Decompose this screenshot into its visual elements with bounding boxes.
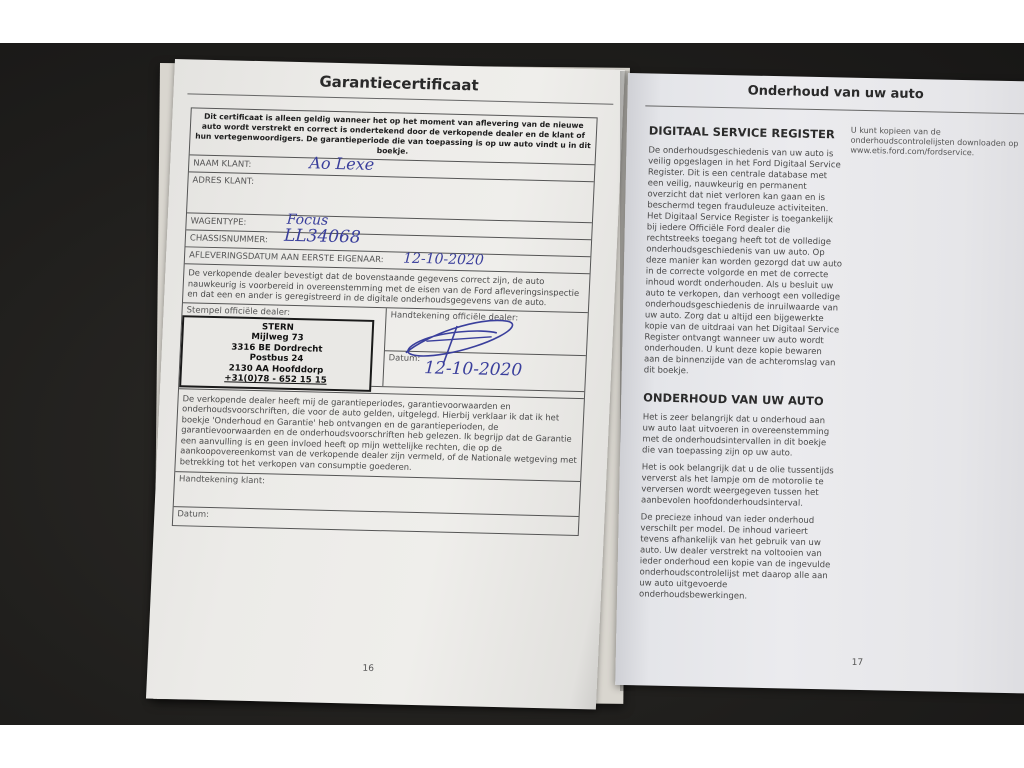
dealer-section: Stempel officiële dealer: STERN Mijlweg … — [179, 303, 587, 392]
page-left: Garantiecertificaat Dit certificaat is a… — [146, 59, 625, 709]
section-paragraph: Het is ook belangrijk dat u de olie tuss… — [641, 462, 838, 510]
main-column: DIGITAAL SERVICE REGISTER De onderhoudsg… — [639, 123, 845, 610]
field-label: Handtekening klant: — [179, 474, 266, 486]
section-heading: DIGITAAL SERVICE REGISTER — [649, 123, 845, 141]
field-label: ADRES KLANT: — [192, 175, 254, 186]
section-heading: ONDERHOUD VAN UW AUTO — [643, 390, 839, 408]
section-paragraph: Het is zeer belangrijk dat u onderhoud a… — [642, 412, 839, 460]
handwritten-value: 12-10-2020 — [403, 251, 484, 269]
field-label: NAAM KLANT: — [193, 158, 251, 169]
section-paragraph: De precieze inhoud van ieder onderhoud v… — [639, 512, 837, 604]
page-title: Garantiecertificaat — [174, 69, 625, 98]
field-label: CHASSISNUMMER: — [190, 233, 268, 245]
page-number: 17 — [852, 658, 864, 668]
handwritten-value: LL34068 — [284, 228, 361, 246]
field-label: Datum: — [177, 509, 209, 520]
warranty-form: Dit certificaat is alleen geldig wanneer… — [172, 107, 598, 535]
customer-declaration: De verkopende dealer heeft mij de garant… — [175, 388, 584, 482]
page-right: Onderhoud van uw auto DIGITAAL SERVICE R… — [615, 73, 1024, 694]
page-title: Onderhoud van uw auto — [747, 84, 923, 103]
page-number: 16 — [362, 664, 374, 674]
dealer-stamp: STERN Mijlweg 73 3316 BE Dordrecht Postb… — [179, 315, 374, 392]
field-label: AFLEVERINGSDATUM AAN EERSTE EIGENAAR: — [189, 250, 384, 265]
dealer-stamp-cell: Stempel officiële dealer: STERN Mijlweg … — [179, 303, 386, 386]
section-paragraph: De onderhoudsgeschiedenis van uw auto is… — [644, 145, 845, 380]
handwritten-value: Ao Lexe — [309, 155, 375, 173]
side-note: U kunt kopieen van de onderhoudscontrole… — [850, 126, 1024, 160]
title-divider — [645, 105, 1024, 114]
dealer-signature-icon — [385, 304, 528, 367]
photo-scene: Garantiecertificaat Dit certificaat is a… — [0, 43, 1024, 725]
field-label: WAGENTYPE: — [190, 216, 246, 227]
